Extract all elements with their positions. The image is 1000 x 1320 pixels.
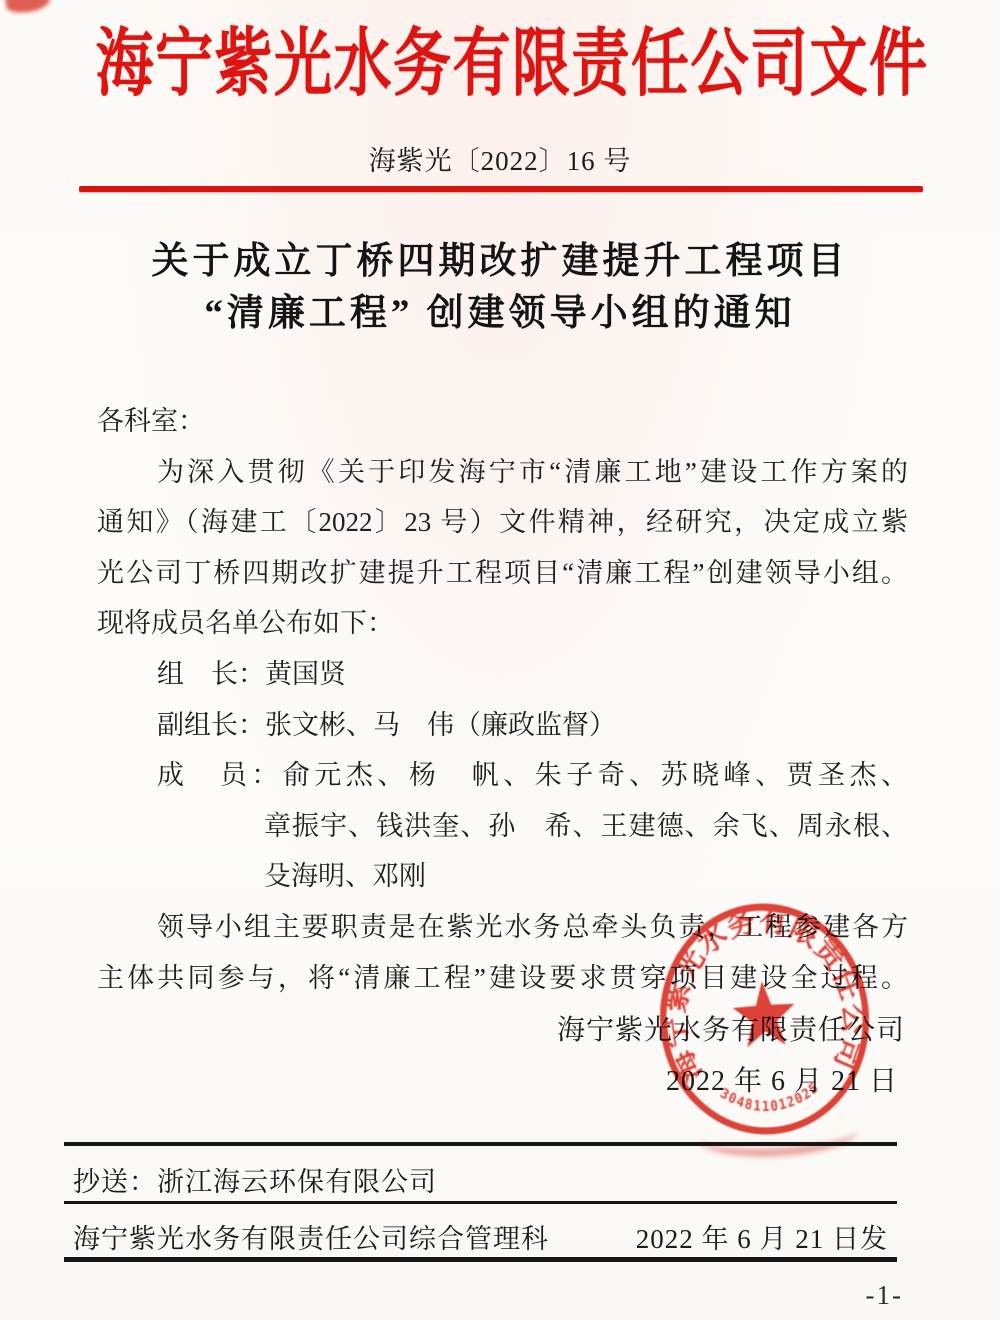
footer-issuer-row: 海宁紫光水务有限责任公司综合管理科 2022 年 6 月 21 日发: [64, 1217, 897, 1256]
members-line: 殳海明、邓刚: [97, 851, 908, 902]
page-number: -1-: [866, 1280, 903, 1311]
document-page: 海宁紫光水务有限责任公司文件 海紫光〔2022〕16 号 关于成立丁桥四期改扩建…: [0, 0, 1000, 1320]
scan-red-artifact: [5, 0, 51, 14]
footer-issuer: 海宁紫光水务有限责任公司综合管理科: [73, 1217, 549, 1256]
footer-divider-middle: [64, 1201, 897, 1204]
header-red-divider: [79, 186, 923, 192]
document-number: 海紫光〔2022〕16 号: [0, 139, 1000, 178]
body-line: 为深入贯彻《关于印发海宁市“清廉工地”建设工作方案的: [97, 447, 908, 498]
footer-cc-line: 抄送：浙江海云环保有限公司: [73, 1160, 437, 1199]
document-title-line2: “清廉工程” 创建领导小组的通知: [0, 288, 1000, 340]
body-line: 光公司丁桥四期改扩建提升工程项目“清廉工程”创建领导小组。: [97, 548, 908, 599]
members-line: 成 员：俞元杰、杨 帆、朱子奇、苏晓峰、贾圣杰、: [97, 750, 908, 801]
footer-divider-bottom: [64, 1257, 897, 1262]
document-header-title: 海宁紫光水务有限责任公司文件: [0, 16, 1000, 113]
official-seal-graphic: 海宁紫光水务有限责任公司 33048110120252: [648, 892, 881, 1147]
document-title: 关于成立丁桥四期改扩建提升工程项目 “清廉工程” 创建领导小组的通知: [0, 236, 1000, 340]
deputy-leader-line: 副组长：张文彬、马 伟（廉政监督）: [97, 700, 908, 751]
members-line: 章振宇、钱洪奎、孙 希、王建德、余飞、周永根、: [97, 801, 908, 852]
footer-issue-date: 2022 年 6 月 21 日发: [636, 1217, 888, 1256]
body-salutation: 各科室：: [97, 396, 908, 447]
official-seal: 海宁紫光水务有限责任公司 33048110120252: [648, 892, 881, 1147]
leader-line: 组 长：黄国贤: [97, 649, 908, 700]
star-icon: [731, 979, 797, 1048]
body-line: 通知》（海建工〔2022〕23 号）文件精神，经研究，决定成立紫: [97, 497, 908, 548]
document-title-line1: 关于成立丁桥四期改扩建提升工程项目: [0, 236, 1000, 288]
footer-divider-top: [64, 1142, 897, 1146]
body-line: 现将成员名单公布如下：: [97, 598, 908, 649]
